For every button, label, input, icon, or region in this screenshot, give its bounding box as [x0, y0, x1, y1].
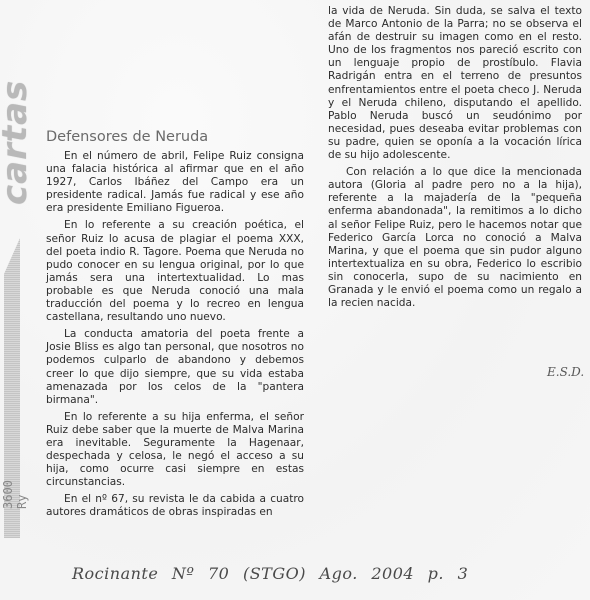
handwritten-source-note: Rocinante Nº 70 (STGO) Ago. 2004 p. 3	[72, 564, 468, 583]
author-signature: E.S.D.	[547, 365, 584, 379]
paragraph: la vida de Neruda. Sin duda, se salva el…	[328, 5, 582, 162]
paragraph: En el número de abril, Felipe Ruiz consi…	[46, 150, 304, 215]
scanned-clipping: cartas 3600 Ry Defensores de Neruda En e…	[0, 0, 590, 600]
paragraph: Con relación a lo que dice la mencionada…	[328, 166, 582, 310]
paragraph: La conducta amatoria del poeta frente a …	[46, 328, 304, 407]
section-sidebar: cartas 3600 Ry	[0, 0, 22, 540]
article-title: Defensores de Neruda	[46, 129, 208, 145]
paragraph: En lo referente a su creación poética, e…	[46, 219, 304, 324]
section-label: cartas	[0, 115, 35, 205]
paragraph: En lo referente a su hija enferma, el se…	[46, 411, 304, 490]
left-column: En el número de abril, Felipe Ruiz consi…	[46, 150, 304, 524]
right-column: la vida de Neruda. Sin duda, se salva el…	[328, 5, 582, 314]
paragraph: En el nº 67, su revista le da cabida a c…	[46, 493, 304, 519]
archive-code: 3600 Ry	[1, 459, 29, 509]
